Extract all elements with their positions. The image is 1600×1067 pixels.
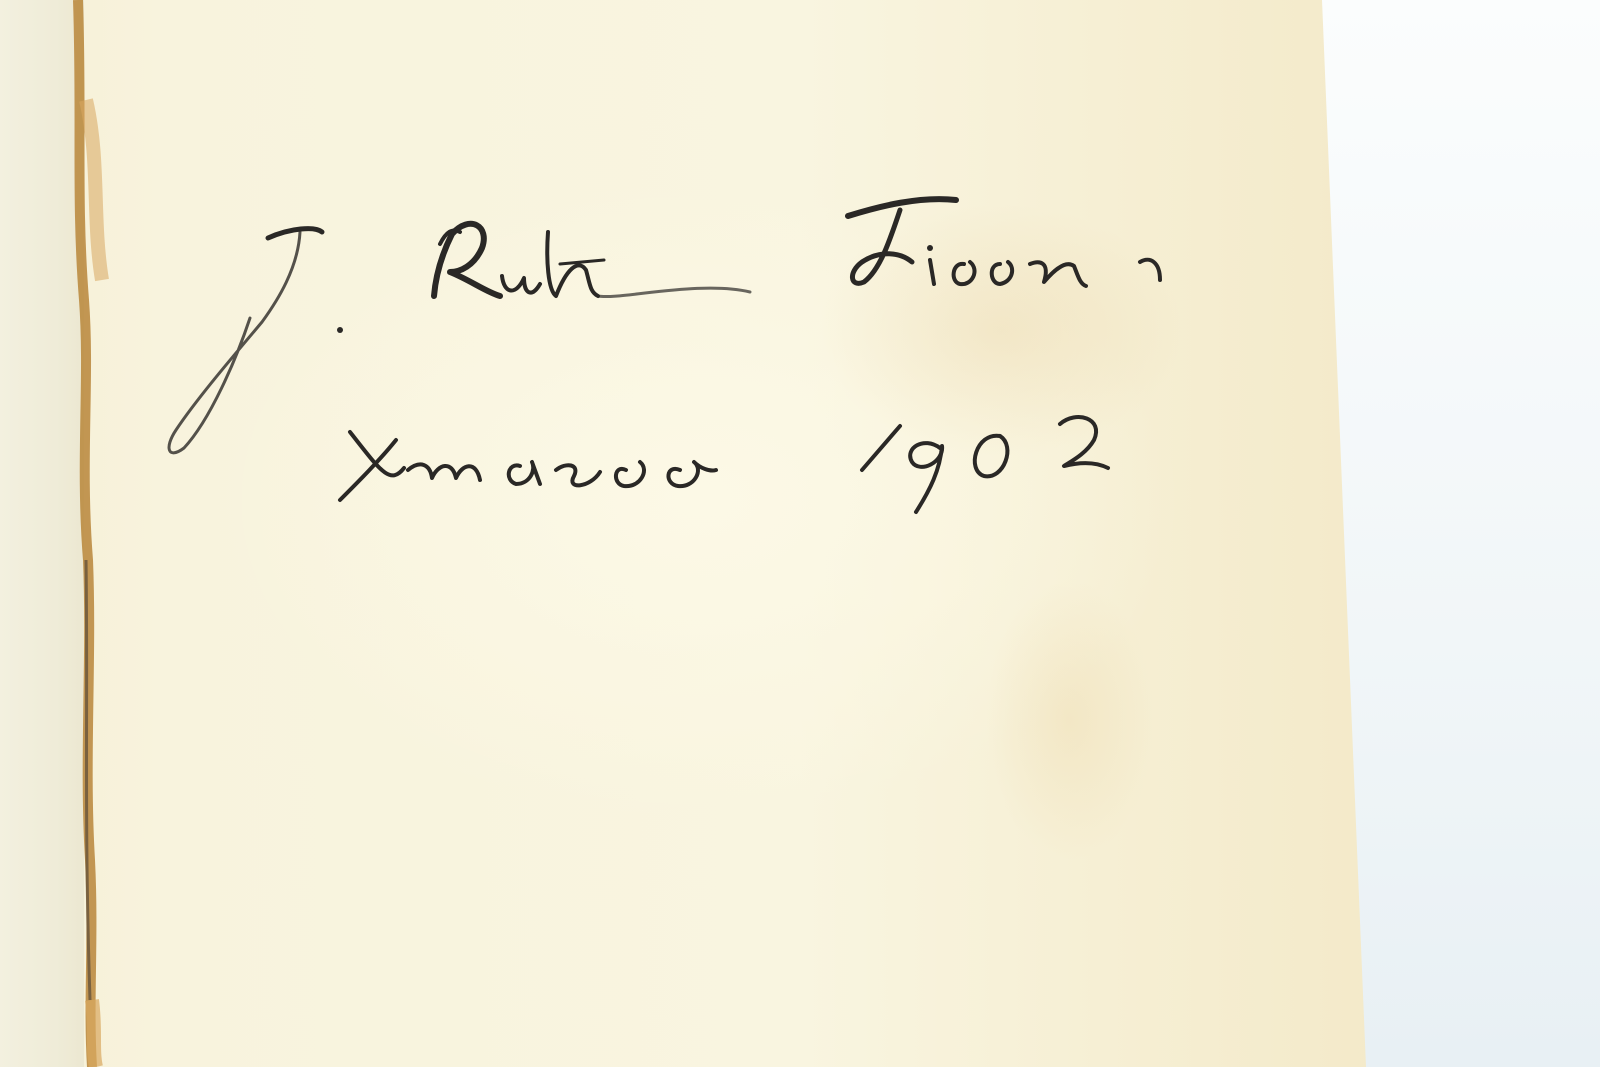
inscription-line-2-strokes <box>340 417 1108 512</box>
handwritten-inscription <box>0 0 1600 1067</box>
book-photograph: J. Ruth Fison Xmas 1902 <box>0 0 1600 1067</box>
inscription-line-1-strokes <box>169 199 1160 453</box>
